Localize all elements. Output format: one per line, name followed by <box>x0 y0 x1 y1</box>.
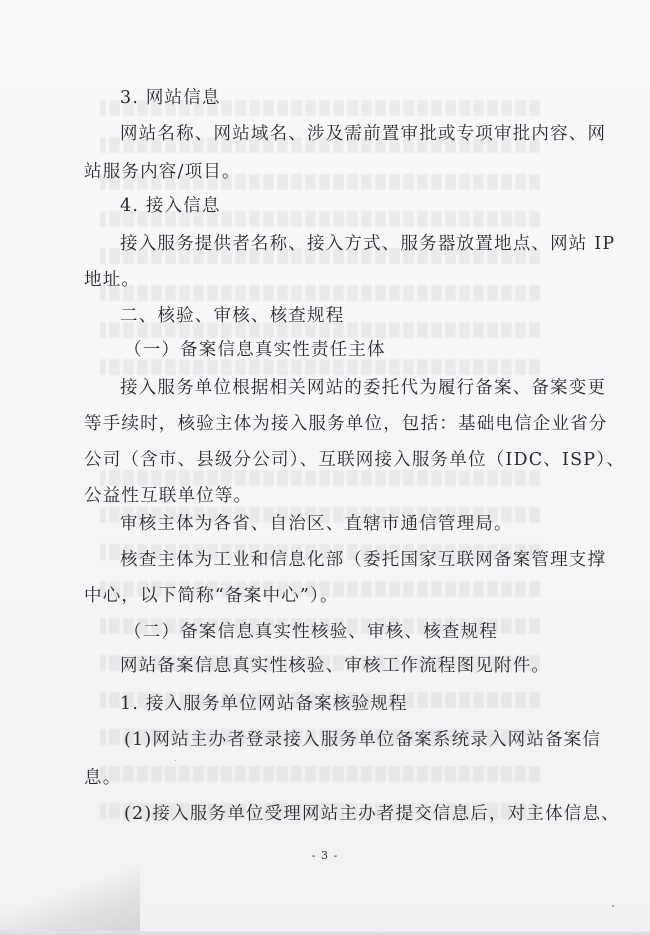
paragraph-line: 核查主体为工业和信息化部（委托国家互联网备案管理支撑 <box>120 550 606 570</box>
paragraph-line: 等手续时，核验主体为接入服务单位，包括：基础电信企业省分 <box>84 414 608 434</box>
paragraph-line: 网站备案信息真实性核验、审核工作流程图见附件。 <box>120 656 550 676</box>
page-number: - 3 - <box>0 849 650 862</box>
paragraph-line: 网站名称、网站域名、涉及需前置审批或专项审批内容、网 <box>120 124 606 144</box>
paragraph-line: 接入服务单位根据相关网站的委托代为履行备案、备案变更 <box>120 378 606 398</box>
paragraph-line: 公益性互联单位等。 <box>84 486 252 506</box>
subsection-heading-responsible-entities: （一）备案信息真实性责任主体 <box>124 340 386 360</box>
heading-website-info: 3. 网站信息 <box>120 88 221 108</box>
list-item-step-2: (2)接入服务单位受理网站主办者提交信息后，对主体信息、 <box>124 804 620 824</box>
paragraph-line: 息。 <box>84 768 121 788</box>
paragraph-line: 中心，以下简称“备案中心”）。 <box>84 586 339 606</box>
paragraph-line: 站服务内容/项目。 <box>84 162 241 182</box>
paragraph-line: 审核主体为各省、自治区、直辖市通信管理局。 <box>120 514 513 534</box>
heading-access-provider-rules: 1. 接入服务单位网站备案核验规程 <box>120 694 408 714</box>
paragraph-line: 地址。 <box>84 270 140 290</box>
subsection-heading-verification-rules: （二）备案信息真实性核验、审核、核查规程 <box>124 622 498 642</box>
section-heading-procedures: 二、核验、审核、核查规程 <box>120 306 344 326</box>
scanned-page: 3. 网站信息 网站名称、网站域名、涉及需前置审批或专项审批内容、网 站服务内容… <box>0 0 650 935</box>
scan-speck <box>175 760 176 761</box>
paragraph-line: 接入服务提供者名称、接入方式、服务器放置地点、网站 IP <box>120 234 615 254</box>
document-body: 3. 网站信息 网站名称、网站域名、涉及需前置审批或专项审批内容、网 站服务内容… <box>0 0 650 935</box>
scan-speck <box>612 905 614 907</box>
list-item-step-1: (1)网站主办者登录接入服务单位备案系统录入网站备案信 <box>124 730 601 750</box>
page-bottom-edge <box>0 931 650 935</box>
heading-access-info: 4. 接入信息 <box>120 196 221 216</box>
paragraph-line: 公司（含市、县级分公司）、互联网接入服务单位（IDC、ISP）、 <box>84 450 625 470</box>
